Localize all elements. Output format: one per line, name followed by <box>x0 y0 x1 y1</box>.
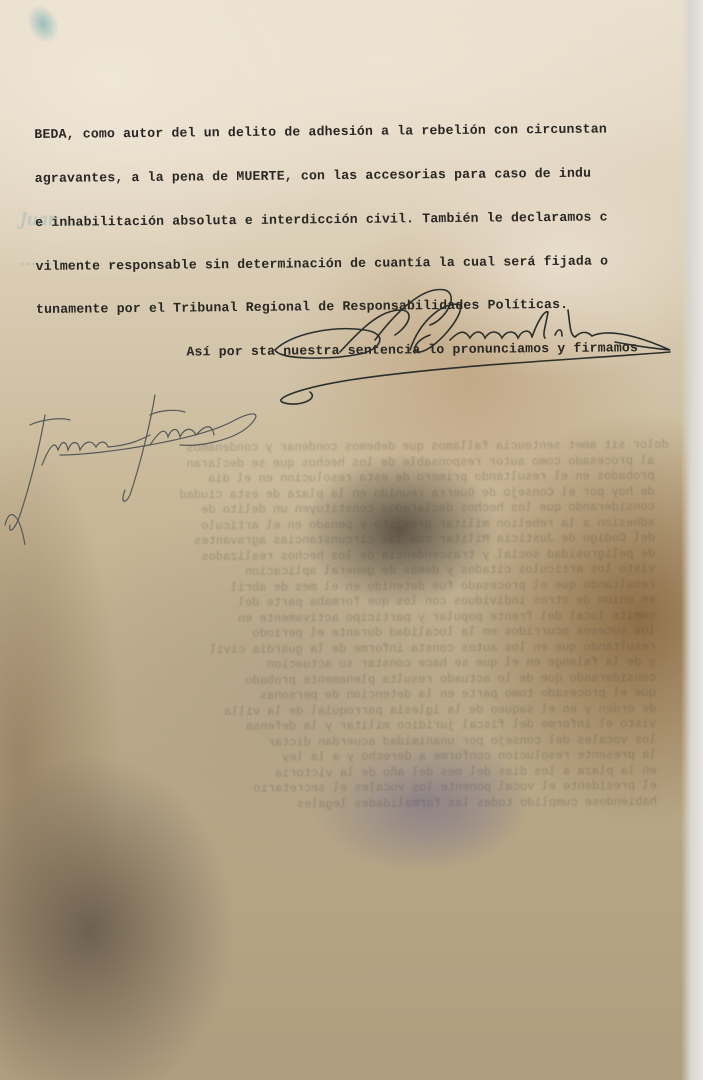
typed-line: BEDA, como autor del un delito de adhesi… <box>34 122 703 143</box>
signature-jorro <box>0 385 290 545</box>
typed-line: e inhabilitación absoluta e interdicción… <box>35 209 703 230</box>
typed-line: vilmente responsable sin determinación d… <box>36 253 703 274</box>
ink-smudge <box>21 0 65 48</box>
page-edge <box>681 0 703 1080</box>
signature-carrerola <box>270 280 680 410</box>
scanned-document-page: Juan ... ... ... dolor sit amet senteuci… <box>0 0 703 1080</box>
typed-line: agravantes, a la pena de MUERTE, con las… <box>35 165 703 186</box>
